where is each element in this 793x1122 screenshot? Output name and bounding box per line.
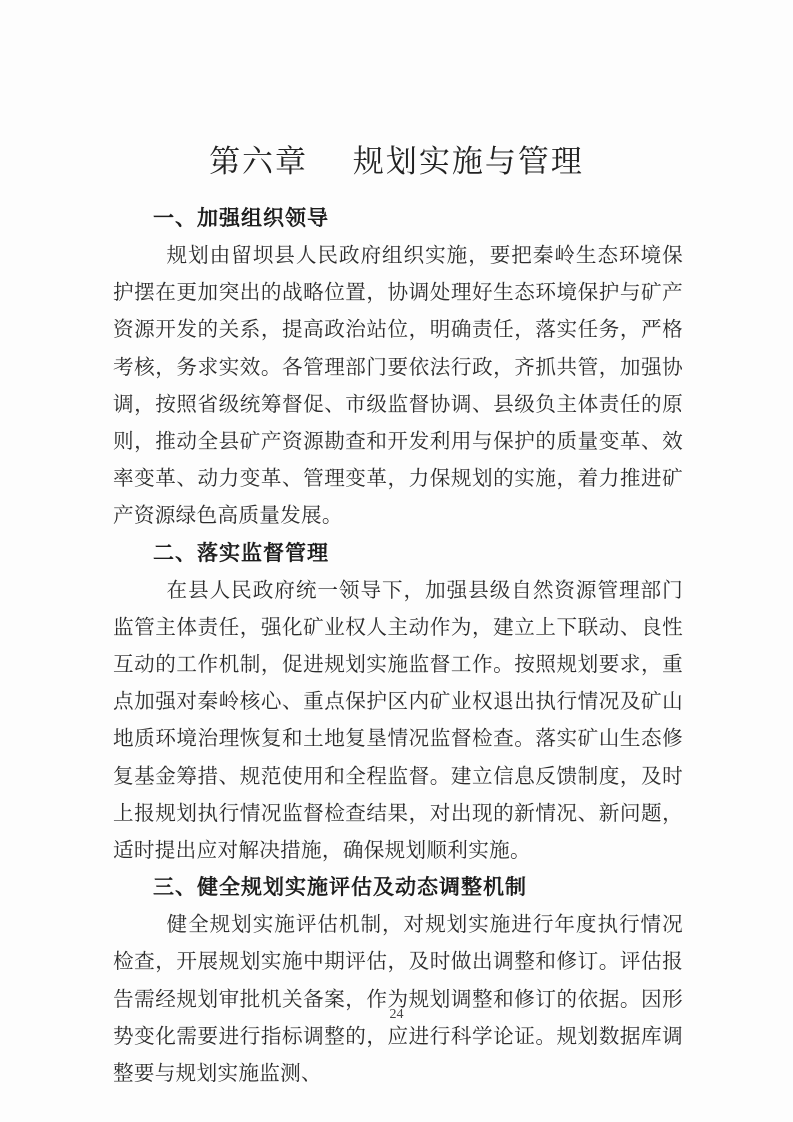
section-paragraph: 在县人民政府统一领导下，加强县级自然资源管理部门监管主体责任，强化矿业权人主动作… [113,572,683,870]
section-supervision-management: 二、落实监督管理 在县人民政府统一领导下，加强县级自然资源管理部门监管主体责任，… [113,535,683,870]
document-page: 第六章 规划实施与管理 一、加强组织领导 规划由留坝县人民政府组织实施，要把秦岭… [0,0,793,1122]
section-organization-leadership: 一、加强组织领导 规划由留坝县人民政府组织实施，要把秦岭生态环境保护摆在更加突出… [113,200,683,535]
section-evaluation-adjustment: 三、健全规划实施评估及动态调整机制 健全规划实施评估机制，对规划实施进行年度执行… [113,869,683,1092]
section-paragraph: 规划由留坝县人民政府组织实施，要把秦岭生态环境保护摆在更加突出的战略位置，协调处… [113,237,683,535]
section-heading: 一、加强组织领导 [113,200,683,237]
page-number: 24 [0,1007,793,1023]
section-heading: 三、健全规划实施评估及动态调整机制 [113,869,683,906]
chapter-title: 第六章 规划实施与管理 [0,136,793,181]
document-body: 一、加强组织领导 规划由留坝县人民政府组织实施，要把秦岭生态环境保护摆在更加突出… [113,200,683,1092]
section-paragraph: 健全规划实施评估机制，对规划实施进行年度执行情况检查，开展规划实施中期评估，及时… [113,906,683,1092]
section-heading: 二、落实监督管理 [113,535,683,572]
